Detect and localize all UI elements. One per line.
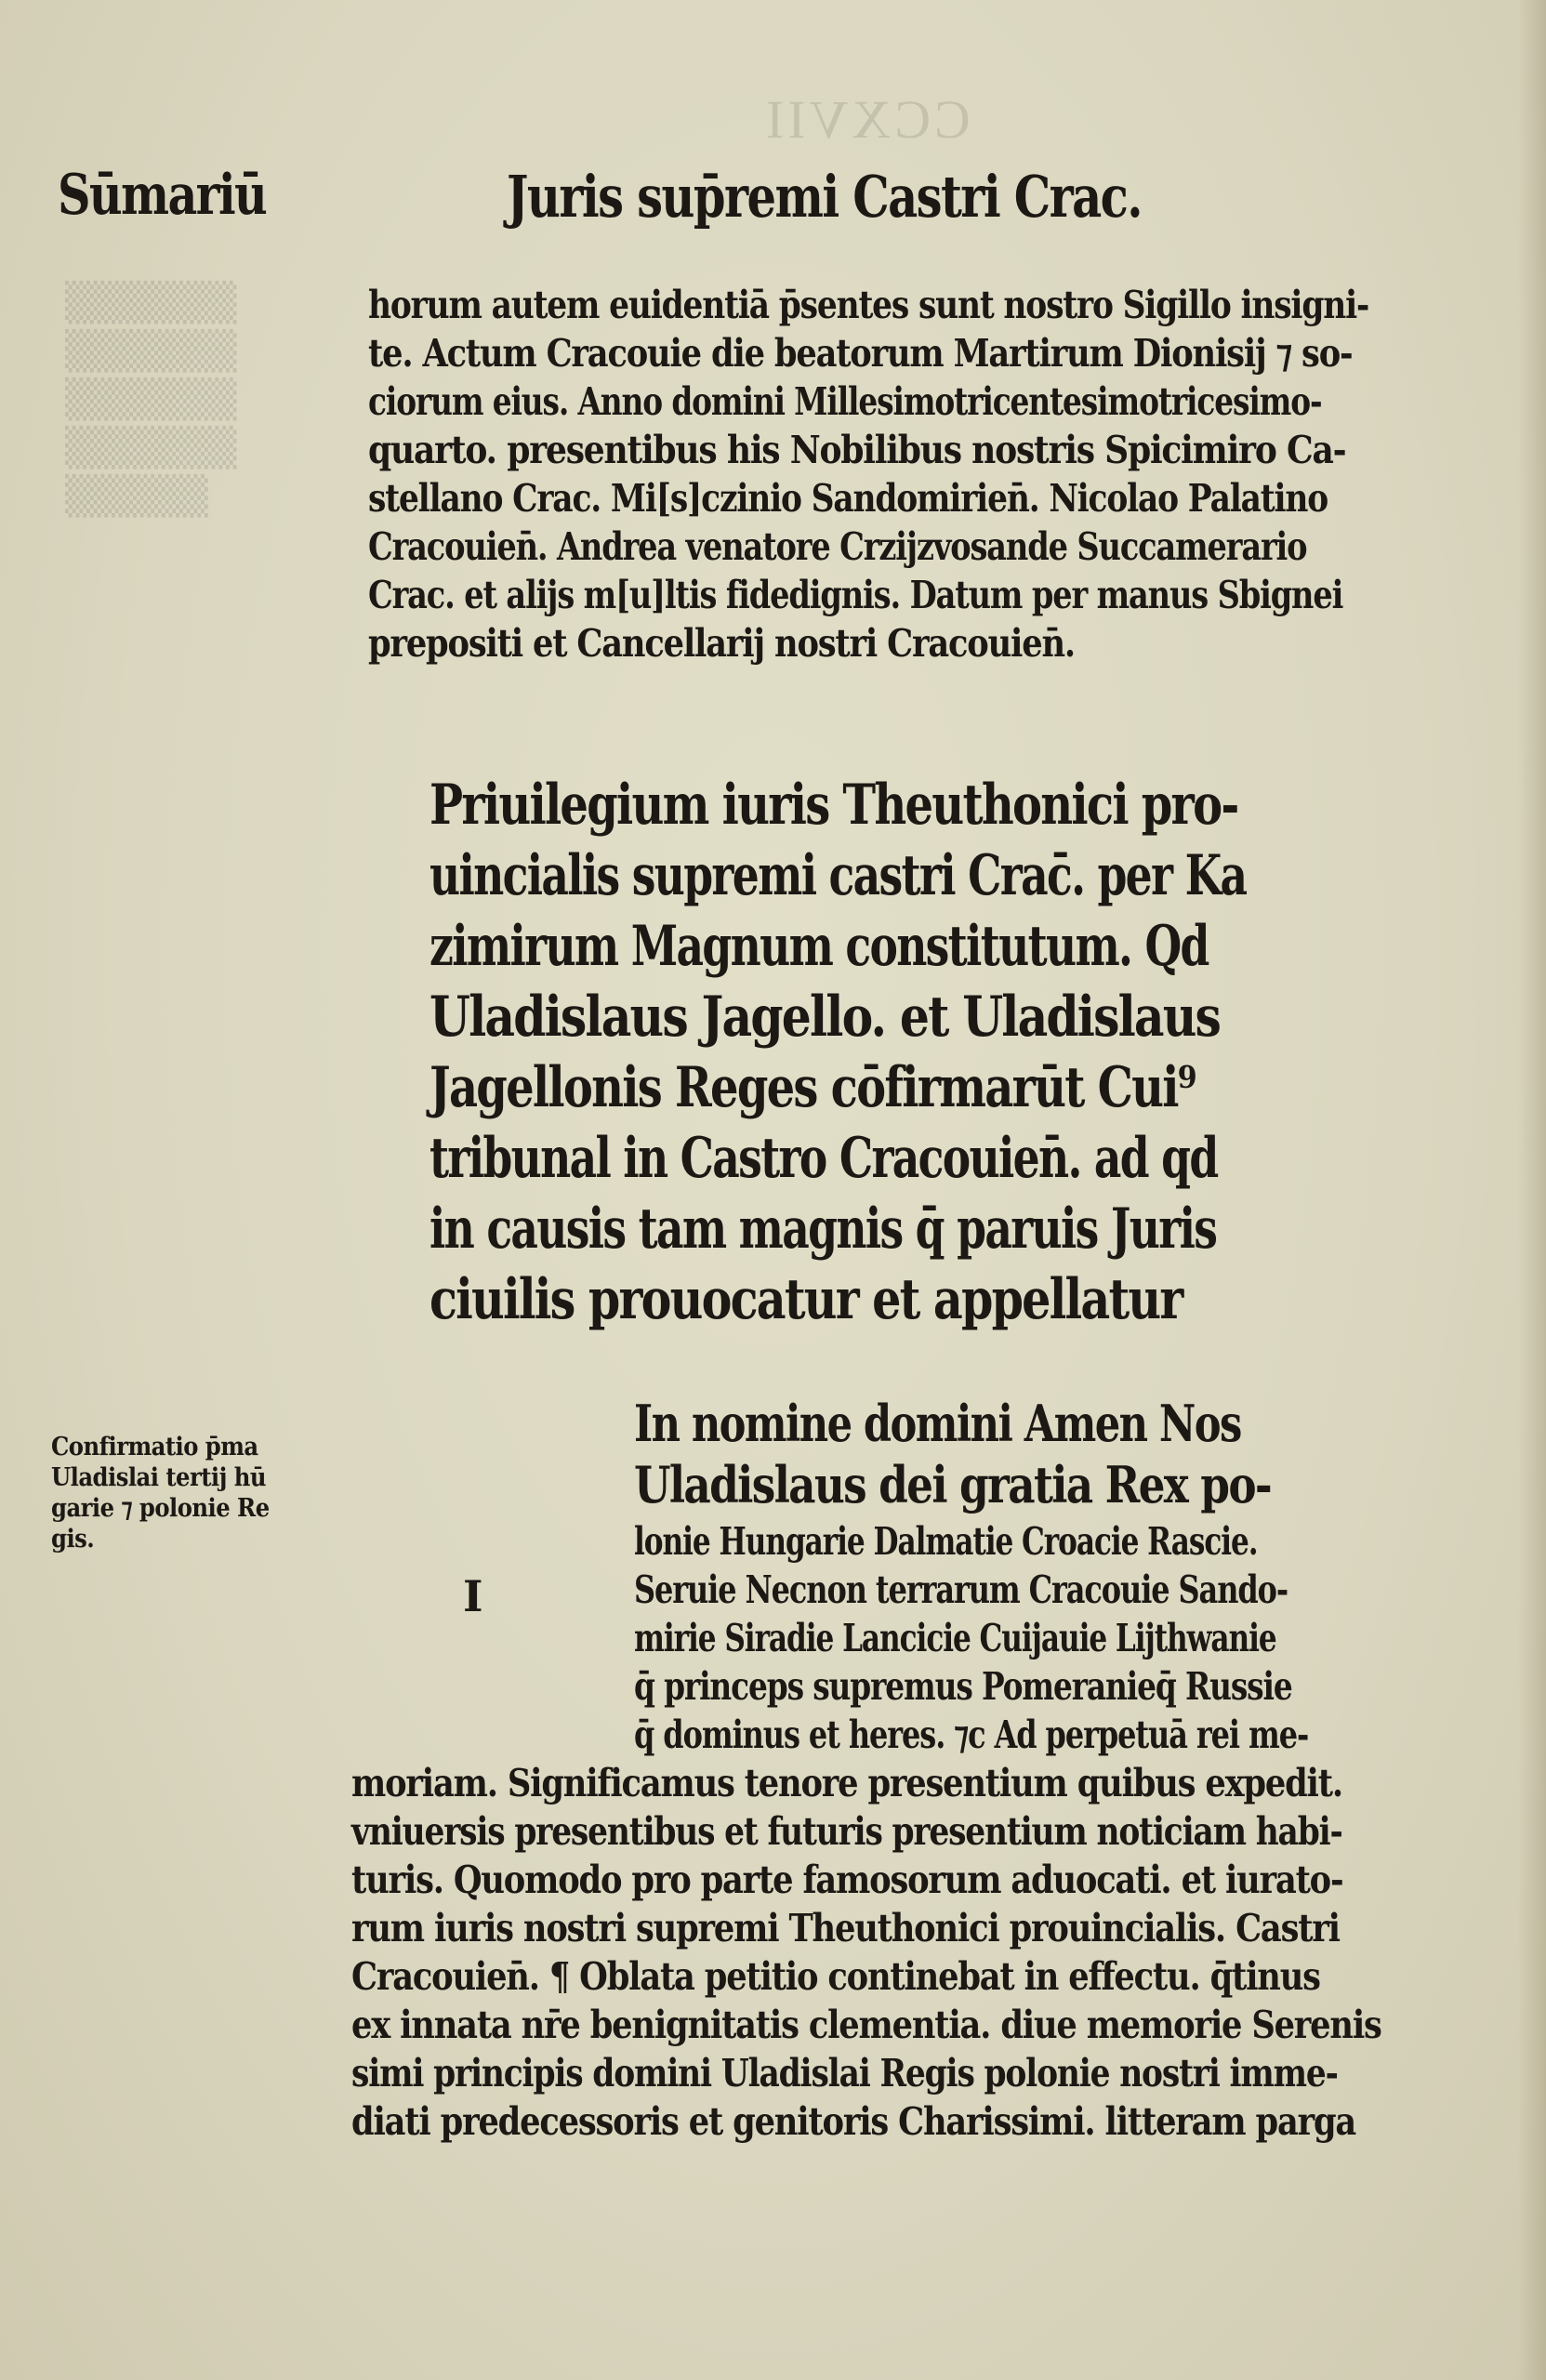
text-line: Uladislaus dei gratia Rex po- [634, 1454, 1271, 1515]
heading-line: tribunal in Castro Cracouien̄. ad qd [429, 1123, 1246, 1194]
folio-bleed-through: CCXVII [762, 88, 971, 151]
margin-line: garie ⁊ polonie Re [51, 1493, 270, 1524]
margin-bleed-through: ▒▒▒▒▒▒▒▒▒▒▒▒▒▒▒▒▒▒▒▒▒▒▒▒▒▒▒▒▒ [65, 279, 237, 521]
heading-line: Jagellonis Reges cōfirmarūt Cui⁹ [429, 1052, 1289, 1123]
margin-line: Uladislai tertij hū [51, 1462, 270, 1493]
marginal-note: Confirmatio p̄ma Uladislai tertij hū gar… [51, 1432, 294, 1554]
text-line: ex innata nr̄e benignitatis clementia. d… [351, 2001, 1381, 2049]
margin-line: Confirmatio p̄ma [51, 1432, 270, 1462]
running-head-title: Juris sup̄remi Castri Crac. [507, 163, 1142, 231]
text-line: Cracouien̄. Andrea venatore Crzijzvosand… [368, 522, 1345, 571]
text-line: simi principis domini Uladislai Regis po… [351, 2049, 1357, 2097]
heading-line: Priuilegium iuris Theuthonici pro- [429, 770, 1289, 840]
charter-opening: In nomine domini Amen Nos Uladislaus dei… [634, 1393, 1393, 1515]
text-line: prepositi et Cancellarij nostri Cracouie… [368, 619, 1393, 668]
heading-line: uincialis supremi castri Crac̄. per Ka [429, 840, 1246, 911]
parchment-page: CCXVII ▒▒▒▒▒▒▒▒▒▒▒▒▒▒▒▒▒▒▒▒▒▒▒▒▒▒▒▒▒ Sūm… [0, 0, 1546, 2380]
heading-line: Uladislaus Jagello. et Uladislaus [429, 982, 1332, 1052]
text-line: q̄ princeps supremus Pomeranieq̄ Russie [634, 1662, 1326, 1711]
heading-line: zimirum Magnum constitutum. Qd [429, 911, 1246, 982]
text-line: moriam. Significamus tenore presentium q… [351, 1759, 1381, 1807]
heading-line: in causis tam magnis q̄ paruis Juris [429, 1194, 1246, 1264]
charter-indented-titles: lonie Hungarie Dalmatie Croacie Rascie. … [634, 1517, 1499, 1759]
side-mark: I [463, 1571, 483, 1621]
margin-line: gis. [51, 1524, 270, 1554]
text-line: horum autem euidentiā p̄sentes sunt nost… [368, 281, 1369, 329]
paragraph-closing-previous-charter: horum autem euidentiā p̄sentes sunt nost… [368, 281, 1546, 668]
charter-body: moriam. Significamus tenore presentium q… [351, 1759, 1546, 2146]
running-head: Sūmariū Juris sup̄remi Castri Crac. [0, 163, 1546, 246]
text-line: q̄ dominus et heres. ⁊c Ad perpetuā rei … [634, 1711, 1308, 1759]
text-line: In nomine domini Amen Nos [634, 1393, 1241, 1454]
text-line: vniuersis presentibus et futuris present… [351, 1807, 1357, 1856]
heading-line: ciuilis prouocatur et appellatur [429, 1264, 1311, 1335]
text-line: quarto. presentibus his Nobilibus nostri… [368, 426, 1417, 474]
running-head-left: Sūmariū [58, 163, 266, 228]
text-line: Seruie Necnon terrarum Cracouie Sando- [634, 1566, 1308, 1614]
text-line: rum iuris nostri supremi Theuthonici pro… [351, 1904, 1381, 1952]
text-line: Cracouien̄. ¶ Oblata petitio continebat … [351, 1952, 1381, 2001]
text-line: turis. Quomodo pro parte famosorum aduoc… [351, 1856, 1381, 1904]
text-line: diati predecessoris et genitoris Chariss… [351, 2097, 1381, 2146]
text-line: stellano Crac. Mi[s]czinio Sandomirien̄.… [368, 474, 1369, 522]
text-line: lonie Hungarie Dalmatie Croacie Rascie. [634, 1517, 1291, 1566]
privilege-heading: Priuilegium iuris Theuthonici pro- uinci… [429, 770, 1504, 1335]
text-line: te. Actum Cracouie die beatorum Martirum… [368, 329, 1393, 377]
text-line: Crac. et alijs m[u]ltis fidedignis. Datu… [368, 571, 1345, 619]
text-line: mirie Siradie Lancicie Cuijauie Lijthwan… [634, 1614, 1291, 1662]
text-line: ciorum eius. Anno domini Millesimotricen… [368, 377, 1322, 426]
